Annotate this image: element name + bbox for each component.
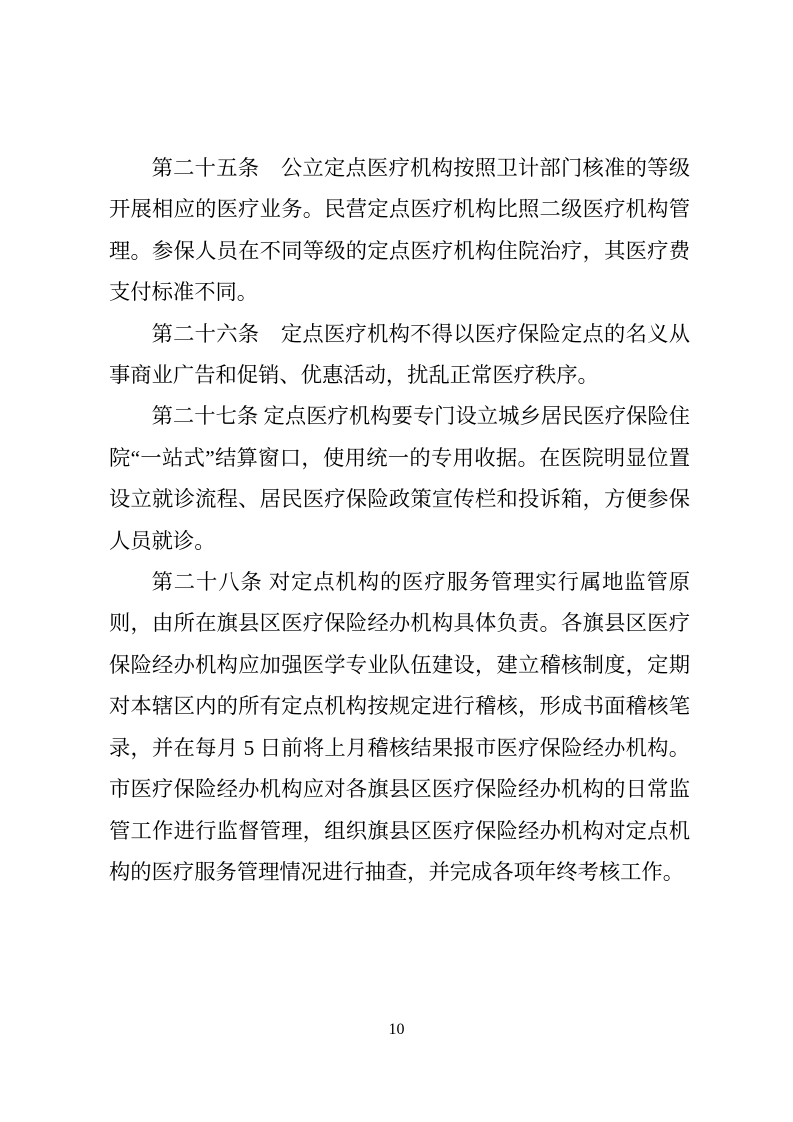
page-number: 10 [389,1021,405,1038]
article-paragraph-26: 第二十六条 定点医疗机构不得以医疗保险定点的名义从事商业广告和促销、优惠活动，扰… [109,314,690,397]
article-paragraph-28: 第二十八条 对定点机构的医疗服务管理实行属地监管原则，由所在旗县区医疗保险经办机… [109,562,690,893]
article-paragraph-27: 第二十七条 定点医疗机构要专门设立城乡居民医疗保险住院“一站式”结算窗口，使用统… [109,396,690,562]
document-page: 第二十五条 公立定点医疗机构按照卫计部门核准的等级开展相应的医疗业务。民营定点医… [0,0,793,1122]
document-body: 第二十五条 公立定点医疗机构按照卫计部门核准的等级开展相应的医疗业务。民营定点医… [109,148,690,893]
article-paragraph-25: 第二十五条 公立定点医疗机构按照卫计部门核准的等级开展相应的医疗业务。民营定点医… [109,148,690,314]
page-footer: 10 [0,1021,793,1039]
